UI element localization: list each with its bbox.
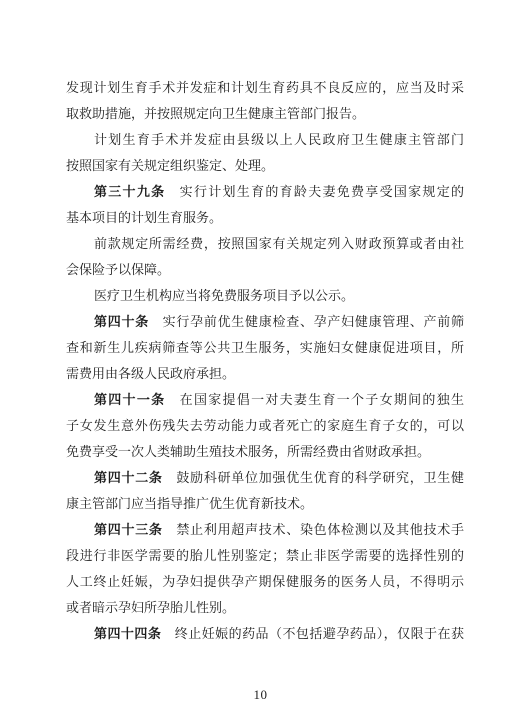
line-text: 前款规定所需经费，按照国家有关规定列入财政预算或者由社 [94, 236, 464, 251]
line-text: 免费享受一次人类辅助生殖技术服务，所需经费由省财政承担。 [66, 444, 430, 459]
article-number: 第四十二条 [94, 470, 163, 485]
line-text: 人工终止妊娠，为孕妇提供孕产期保健服务的医务人员，不得明示 [66, 574, 464, 589]
text-line: 第四十条 实行孕前优生健康检查、孕产妇健康管理、产前筛 [66, 309, 464, 335]
line-text: 子女发生意外伤残失去劳动能力或者死亡的家庭生育子女的，可以 [66, 418, 464, 433]
line-text: 发现计划生育手术并发症和计划生育药具不良反应的，应当及时采 [66, 80, 464, 95]
text-line: 第四十三条 禁止利用超声技术、染色体检测以及其他技术手 [66, 517, 464, 543]
text-line: 医疗卫生机构应当将免费服务项目予以公示。 [66, 283, 464, 309]
text-line: 按照国家有关规定组织鉴定、处理。 [66, 153, 464, 179]
text-line: 第四十一条 在国家提倡一对夫妻生育一个子女期间的独生 [66, 387, 464, 413]
text-line: 第四十四条 终止妊娠的药品（不包括避孕药品），仅限于在获 [66, 621, 464, 647]
text-line: 查和新生儿疾病筛查等公共卫生服务，实施妇女健康促进项目，所 [66, 335, 464, 361]
line-text: 医疗卫生机构应当将免费服务项目予以公示。 [94, 288, 354, 303]
article-number: 第三十九条 [94, 184, 165, 199]
text-line: 第四十二条 鼓励科研单位加强优生优育的科学研究，卫生健 [66, 465, 464, 491]
line-text: 在国家提倡一对夫妻生育一个子女期间的独生 [165, 392, 464, 407]
line-text: 或者暗示孕妇所孕胎儿性别。 [66, 600, 235, 615]
text-line: 需费用由各级人民政府承担。 [66, 361, 464, 387]
line-text: 基本项目的计划生育服务。 [66, 210, 222, 225]
text-line: 会保险予以保障。 [66, 257, 464, 283]
line-text: 康主管部门应当指导推广优生优育新技术。 [66, 496, 313, 511]
text-line: 取救助措施，并按照规定向卫生健康主管部门报告。 [66, 101, 464, 127]
article-number: 第四十条 [94, 314, 149, 329]
text-line: 基本项目的计划生育服务。 [66, 205, 464, 231]
line-text: 查和新生儿疾病筛查等公共卫生服务，实施妇女健康促进项目，所 [66, 340, 464, 355]
text-line: 人工终止妊娠，为孕妇提供孕产期保健服务的医务人员，不得明示 [66, 569, 464, 595]
line-text: 鼓励科研单位加强优生优育的科学研究，卫生健 [163, 470, 464, 485]
document-text: 发现计划生育手术并发症和计划生育药具不良反应的，应当及时采取救助措施，并按照规定… [66, 75, 464, 647]
line-text: 禁止利用超声技术、染色体检测以及其他技术手 [163, 522, 464, 537]
text-line: 子女发生意外伤残失去劳动能力或者死亡的家庭生育子女的，可以 [66, 413, 464, 439]
text-line: 发现计划生育手术并发症和计划生育药具不良反应的，应当及时采 [66, 75, 464, 101]
article-number: 第四十一条 [94, 392, 165, 407]
line-text: 按照国家有关规定组织鉴定、处理。 [66, 158, 274, 173]
text-line: 前款规定所需经费，按照国家有关规定列入财政预算或者由社 [66, 231, 464, 257]
text-line: 免费享受一次人类辅助生殖技术服务，所需经费由省财政承担。 [66, 439, 464, 465]
line-text: 段进行非医学需要的胎儿性别鉴定；禁止非医学需要的选择性别的 [66, 548, 464, 563]
line-text: 实行孕前优生健康检查、孕产妇健康管理、产前筛 [149, 314, 464, 329]
line-text: 取救助措施，并按照规定向卫生健康主管部门报告。 [66, 106, 365, 121]
page-number: 10 [0, 687, 521, 703]
line-text: 会保险予以保障。 [66, 262, 170, 277]
text-line: 或者暗示孕妇所孕胎儿性别。 [66, 595, 464, 621]
text-line: 段进行非医学需要的胎儿性别鉴定；禁止非医学需要的选择性别的 [66, 543, 464, 569]
line-text: 实行计划生育的育龄夫妻免费享受国家规定的 [165, 184, 464, 199]
article-number: 第四十四条 [94, 626, 161, 641]
article-number: 第四十三条 [94, 522, 163, 537]
text-line: 计划生育手术并发症由县级以上人民政府卫生健康主管部门 [66, 127, 464, 153]
line-text: 计划生育手术并发症由县级以上人民政府卫生健康主管部门 [94, 132, 464, 147]
line-text: 需费用由各级人民政府承担。 [66, 366, 235, 381]
text-line: 康主管部门应当指导推广优生优育新技术。 [66, 491, 464, 517]
line-text: 终止妊娠的药品（不包括避孕药品），仅限于在获 [161, 626, 464, 641]
document-page: 发现计划生育手术并发症和计划生育药具不良反应的，应当及时采取救助措施，并按照规定… [0, 0, 521, 725]
text-line: 第三十九条 实行计划生育的育龄夫妻免费享受国家规定的 [66, 179, 464, 205]
